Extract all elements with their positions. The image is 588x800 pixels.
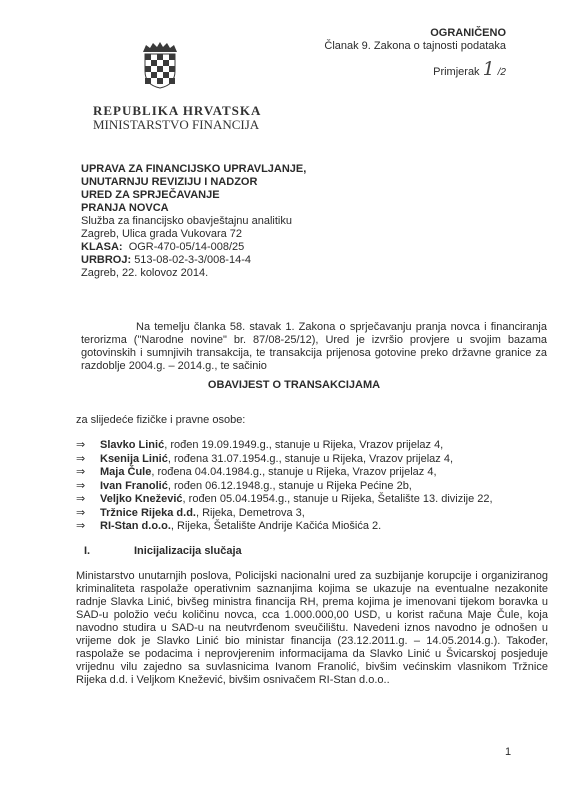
office-line: URED ZA SPRJEČAVANJE	[81, 189, 306, 202]
persons-list: ⇒Slavko Linić, rođen 19.09.1949.g., stan…	[76, 439, 493, 534]
copy-number: Primjerak 1 /2	[433, 58, 506, 80]
list-item: ⇒Tržnice Rijeka d.d., Rijeka, Demetrova …	[76, 507, 493, 521]
arrow-right-icon: ⇒	[76, 439, 92, 453]
list-item: ⇒Veljko Knežević, rođen 05.04.1954.g., s…	[76, 493, 493, 507]
person-name: Veljko Knežević	[100, 493, 183, 505]
person-name: Tržnice Rijeka d.d.	[100, 507, 196, 519]
arrow-right-icon: ⇒	[76, 453, 92, 467]
klasa-value: OGR-470-05/14-008/25	[129, 241, 245, 253]
ministry-name: MINISTARSTVO FINANCIJA	[93, 118, 261, 132]
person-details: , rođena 04.04.1984.g., stanuje u Rijeka…	[151, 466, 436, 478]
person-details: , rođen 05.04.1954.g., stanuje u Rijeka,…	[183, 493, 493, 505]
croatian-coat-of-arms-icon	[141, 41, 179, 89]
law-reference: Članak 9. Zakona o tajnosti podataka	[324, 40, 506, 53]
office-block: UPRAVA ZA FINANCIJSKO UPRAVLJANJE, UNUTA…	[81, 163, 306, 241]
office-address: Zagreb, Ulica grada Vukovara 72	[81, 228, 306, 241]
copy-handwritten-number: 1	[483, 58, 495, 80]
arrow-right-icon: ⇒	[76, 520, 92, 534]
office-service: Služba za financijsko obavještajnu anali…	[81, 215, 306, 228]
document-title: OBAVIJEST O TRANSAKCIJAMA	[0, 379, 588, 391]
urbroj-label: URBROJ:	[81, 254, 131, 266]
person-name: Ksenija Linić	[100, 453, 168, 465]
list-item: ⇒RI-Stan d.o.o., Rijeka, Šetalište Andri…	[76, 520, 493, 534]
urbroj-value: 513-08-02-3-3/008-14-4	[134, 254, 251, 266]
arrow-right-icon: ⇒	[76, 493, 92, 507]
office-line: UNUTARNJU REVIZIJU I NADZOR	[81, 176, 306, 189]
intro-paragraph: Na temelju članka 58. stavak 1. Zakona o…	[81, 321, 547, 373]
office-line: UPRAVA ZA FINANCIJSKO UPRAVLJANJE,	[81, 163, 306, 176]
persons-lead: za slijedeće fizičke i pravne osobe:	[76, 414, 245, 426]
reference-block: KLASA: OGR-470-05/14-008/25 URBROJ: 513-…	[81, 241, 251, 280]
arrow-right-icon: ⇒	[76, 466, 92, 480]
republic-name: REPUBLIKA HRVATSKA	[93, 104, 261, 118]
section-title: Inicijalizacija slučaja	[134, 545, 242, 557]
section-heading: I. Inicijalizacija slučaja	[81, 545, 242, 557]
person-details: , rođena 31.07.1954.g., stanuje u Rijeka…	[168, 453, 453, 465]
list-item: ⇒Ksenija Linić, rođena 31.07.1954.g., st…	[76, 453, 493, 467]
list-item: ⇒Maja Čule, rođena 04.04.1984.g., stanuj…	[76, 466, 493, 480]
person-details: , Rijeka, Šetalište Andrije Kačića Mioši…	[171, 520, 381, 532]
arrow-right-icon: ⇒	[76, 507, 92, 521]
copy-label: Primjerak	[433, 66, 479, 78]
person-details: , Rijeka, Demetrova 3,	[196, 507, 305, 519]
list-item: ⇒Ivan Franolić, rođen 06.12.1948.g., sta…	[76, 480, 493, 494]
classification-label: OGRANIČENO	[324, 27, 506, 40]
person-name: Slavko Linić	[100, 439, 164, 451]
person-details: , rođen 19.09.1949.g., stanuje u Rijeka,…	[164, 439, 443, 451]
page-number: 1	[505, 746, 511, 758]
person-details: , rođen 06.12.1948.g., stanuje u Rijeka …	[168, 480, 412, 492]
klasa-label: KLASA:	[81, 241, 123, 253]
document-date: Zagreb, 22. kolovoz 2014.	[81, 267, 251, 280]
person-name: RI-Stan d.o.o.	[100, 520, 171, 532]
person-name: Ivan Franolić	[100, 480, 168, 492]
list-item: ⇒Slavko Linić, rođen 19.09.1949.g., stan…	[76, 439, 493, 453]
ministry-heading: REPUBLIKA HRVATSKA MINISTARSTVO FINANCIJ…	[93, 104, 261, 132]
section-number: I.	[81, 545, 134, 557]
person-name: Maja Čule	[100, 466, 151, 478]
arrow-right-icon: ⇒	[76, 480, 92, 494]
office-line: PRANJA NOVCA	[81, 202, 306, 215]
body-paragraph: Ministarstvo unutarnjih poslova, Policij…	[76, 570, 548, 687]
copy-total: /2	[498, 67, 506, 78]
classification-block: OGRANIČENO Članak 9. Zakona o tajnosti p…	[324, 27, 506, 53]
